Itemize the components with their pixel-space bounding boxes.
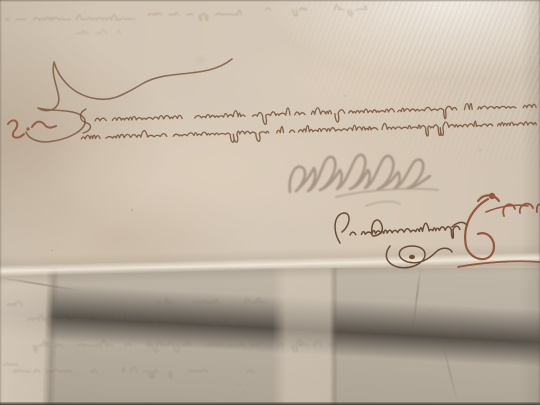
parchment-speckles [0,0,540,405]
photo-edge-left [0,0,2,405]
photo-edge-top [0,0,540,2]
manuscript-photo [0,0,540,405]
